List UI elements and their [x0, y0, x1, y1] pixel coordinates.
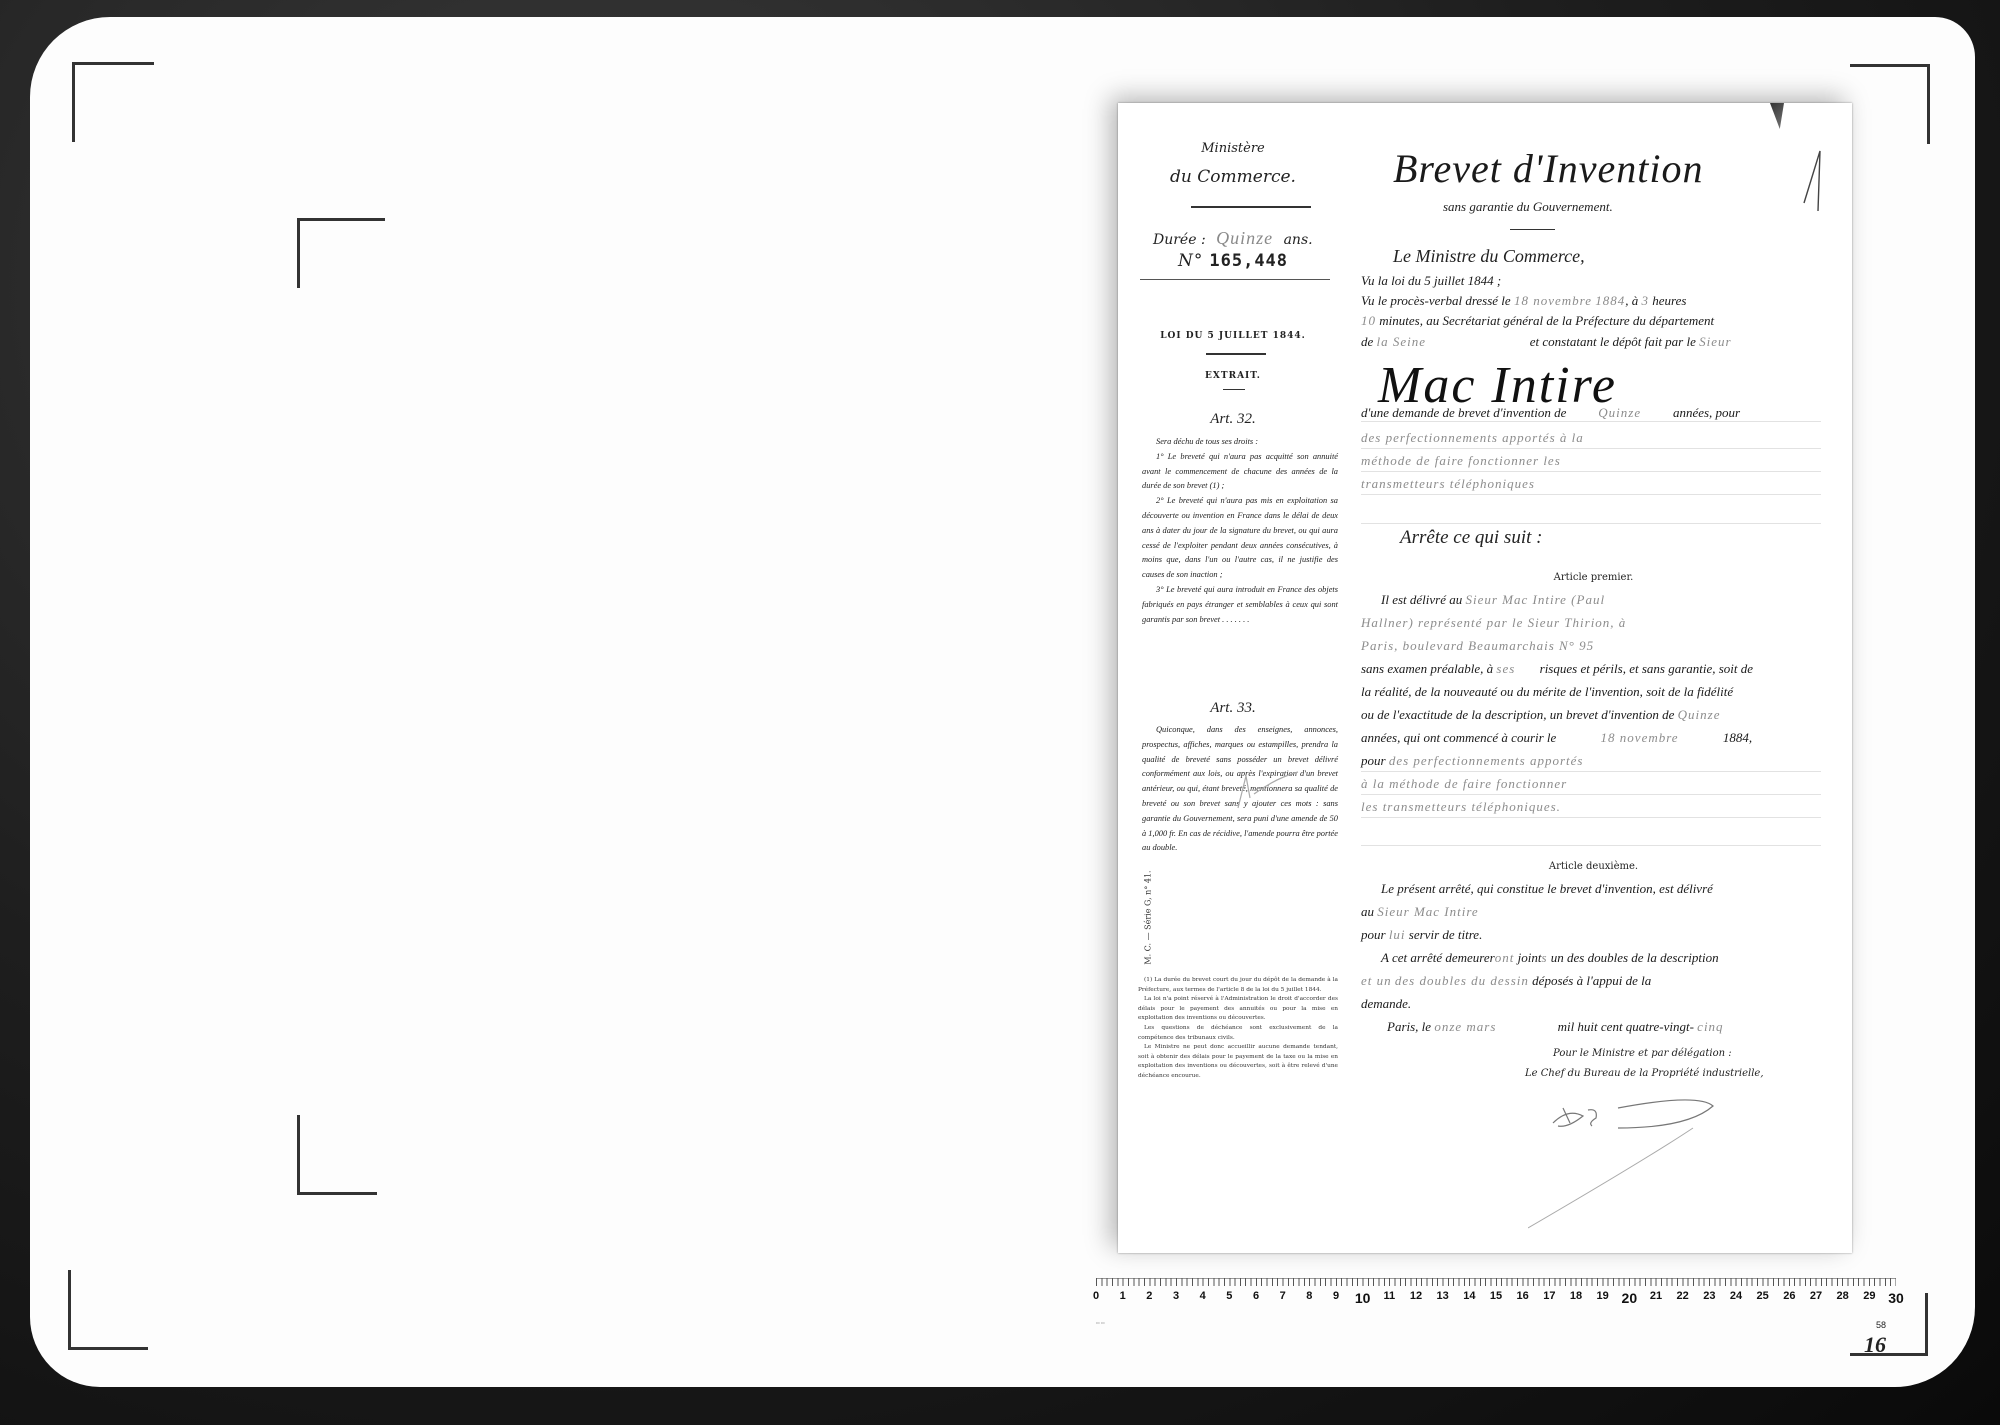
article-2-text: Le présent arrêté, qui constitue le brev… — [1381, 881, 1713, 896]
start-date-handwritten: 18 novembre — [1560, 730, 1720, 746]
annex-line: A cet arrêté demeureront joints un des d… — [1361, 950, 1826, 966]
crop-mark-inner-bottom-left — [297, 1115, 377, 1195]
annex2-line: et un des doubles du dessin déposés à l'… — [1361, 973, 1826, 989]
annex-text-a: A cet arrêté demeurer — [1381, 950, 1495, 965]
pv-hour-handwritten: 3 — [1641, 293, 1649, 308]
request-suffix: années, pour — [1673, 405, 1740, 420]
ruled-line — [1361, 845, 1821, 846]
start-year: 1884, — [1723, 730, 1752, 745]
annex2-prefix-handwritten: et un — [1361, 973, 1392, 988]
demand-line: demande. — [1361, 996, 1826, 1012]
applicant-title-handwritten: Sieur — [1699, 334, 1731, 349]
duration-label: Durée : — [1153, 232, 1206, 248]
title-prefix: pour — [1361, 927, 1386, 942]
recipient-handwritten: Sieur Mac Intire — [1377, 904, 1478, 919]
ruler-label: 20 — [1622, 1290, 1638, 1306]
ruler-label: 6 — [1253, 1290, 1259, 1302]
preamble-secretariat-line: 10 minutes, au Secrétariat général de la… — [1361, 313, 1826, 329]
annex-text-c: un des doubles de la description — [1551, 950, 1719, 965]
ruler-label: 14 — [1463, 1290, 1475, 1302]
article-1-heading: Article premier. — [1361, 572, 1826, 583]
ministry-name: du Commerce. — [1118, 167, 1348, 187]
closing-date-handwritten: onze mars — [1434, 1019, 1554, 1035]
risk-handwritten: ses — [1496, 661, 1536, 677]
ruler-label: 27 — [1810, 1290, 1822, 1302]
grant-intro: Il est délivré au — [1381, 592, 1462, 607]
closing-year-handwritten: cinq — [1697, 1019, 1723, 1034]
annex2-suffix: déposés à l'appui de la — [1532, 973, 1651, 988]
annex2-handwritten: des doubles du dessin — [1395, 973, 1529, 988]
title-line: pour lui servir de titre. — [1361, 927, 1826, 943]
preamble-department-line: de la Seine et constatant le dépôt fait … — [1361, 334, 1826, 350]
scanner-calibration-mark: ▭ ▭ — [1096, 1320, 1121, 1325]
secretariat-text: minutes, au Secrétariat général de la Pr… — [1379, 313, 1714, 328]
ruler-label: 16 — [1517, 1290, 1529, 1302]
ruler-label: 4 — [1200, 1290, 1206, 1302]
ruler-label: 3 — [1173, 1290, 1179, 1302]
law-title: LOI DU 5 JUILLET 1844. — [1118, 331, 1348, 341]
duration-handwritten: Quinze — [1216, 228, 1273, 248]
extract-label: EXTRAIT. — [1118, 371, 1348, 381]
footnote-paragraph: La loi n'a point réservé à l'Administrat… — [1138, 995, 1338, 1024]
article-paragraph: 1° Le breveté qui n'aura pas acquitté so… — [1142, 450, 1338, 494]
article-2-heading: Article deuxième. — [1361, 861, 1826, 872]
grant-invention-line: à la méthode de faire fonctionner — [1361, 776, 1826, 792]
folio-number: 16 — [1864, 1332, 1886, 1358]
for-label: pour — [1361, 753, 1386, 768]
grantee-line: Paris, boulevard Beaumarchais N° 95 — [1361, 638, 1826, 654]
ruler-label: 23 — [1703, 1290, 1715, 1302]
delegation-line: Pour le Ministre et par délégation : — [1553, 1048, 2000, 1059]
article-33-heading: Art. 33. — [1118, 700, 1348, 717]
risk-text-a: sans examen préalable, à — [1361, 661, 1493, 676]
closing-date-line: Paris, le onze mars mil huit cent quatre… — [1361, 1019, 1826, 1035]
ruler-label: 8 — [1306, 1290, 1312, 1302]
decree-heading: Arrête ce qui suit : — [1400, 527, 1542, 549]
risk-text-b: risques et périls, et sans garantie, soi… — [1540, 661, 1753, 676]
document-title: Brevet d'Invention — [1393, 145, 1704, 192]
patent-document-page: Ministère du Commerce. Durée : Quinze an… — [1118, 103, 1852, 1253]
grantee-handwritten: Sieur Mac Intire (Paul — [1465, 592, 1605, 607]
invention-line: transmetteurs téléphoniques — [1361, 476, 1826, 492]
duration-field: Durée : Quinze ans. — [1153, 228, 1313, 249]
start-date-line: années, qui ont commencé à courir le 18 … — [1361, 730, 1826, 746]
pv-hour-prefix: , à — [1625, 293, 1638, 308]
grant-duration-handwritten: Quinze — [1678, 707, 1721, 722]
article-2-line1: Le présent arrêté, qui constitue le brev… — [1361, 881, 1826, 897]
ruled-line — [1361, 471, 1821, 472]
grant-purpose-line: pour des perfectionnements apportés — [1361, 753, 1826, 769]
footnote-paragraph: (1) La durée du brevet court du jour du … — [1138, 976, 1338, 995]
ruler-label: 19 — [1597, 1290, 1609, 1302]
initials-scribble-icon — [1226, 768, 1306, 813]
recipient-prefix: au — [1361, 904, 1374, 919]
ruled-line — [1361, 494, 1821, 495]
title-suffix: servir de titre. — [1409, 927, 1483, 942]
crop-mark-bottom-left — [68, 1270, 148, 1350]
ruler-label: 15 — [1490, 1290, 1502, 1302]
ruler-label: 2 — [1146, 1290, 1152, 1302]
title-handwritten: lui — [1389, 927, 1406, 942]
duration-unit: ans. — [1284, 232, 1313, 248]
ornament-divider — [1223, 389, 1245, 390]
article-paragraph: 3° Le breveté qui aura introduit en Fran… — [1142, 583, 1338, 627]
ruled-line — [1361, 448, 1821, 449]
ruled-line — [1361, 817, 1821, 818]
recipient-line: au Sieur Mac Intire — [1361, 904, 1826, 920]
invention-line: méthode de faire fonctionner les — [1361, 453, 1826, 469]
closing-year-text: mil huit cent quatre-vingt- — [1558, 1019, 1694, 1034]
ruled-line — [1361, 523, 1821, 524]
ruler-label: 29 — [1863, 1290, 1875, 1302]
deposit-text: et constatant le dépôt fait par le — [1530, 334, 1696, 349]
invention-line: des perfectionnements apportés à la — [1361, 430, 1826, 446]
preamble-pv-line: Vu le procès-verbal dressé le 18 novembr… — [1361, 293, 1826, 309]
left-column: Ministère du Commerce. Durée : Quinze an… — [1118, 103, 1348, 1253]
annex-handwritten-suffix: s — [1541, 950, 1547, 965]
department-handwritten: la Seine — [1377, 334, 1527, 350]
article-32-text: Sera déchu de tous ses droits : 1° Le br… — [1142, 435, 1338, 627]
ruler-label: 18 — [1570, 1290, 1582, 1302]
ruler-label: 7 — [1280, 1290, 1286, 1302]
crop-mark-top-left — [72, 62, 154, 142]
exactitude-text: ou de l'exactitude de la description, un… — [1361, 707, 1674, 722]
ruler-label: 9 — [1333, 1290, 1339, 1302]
ruler-label: 11 — [1384, 1290, 1396, 1302]
dept-prefix: de — [1361, 334, 1373, 349]
article-32-heading: Art. 32. — [1118, 411, 1348, 428]
article-paragraph: Sera déchu de tous ses droits : — [1142, 435, 1338, 450]
ruler-label: 28 — [1837, 1290, 1849, 1302]
pv-year: 1884 — [1595, 293, 1625, 308]
risk-line: sans examen préalable, à ses risques et … — [1361, 661, 1826, 677]
preamble-law-line: Vu la loi du 5 juillet 1844 ; — [1361, 273, 1826, 289]
request-prefix: d'une demande de brevet d'invention de — [1361, 405, 1566, 420]
ruler-label: 0 — [1093, 1290, 1099, 1302]
ornament-divider — [1191, 206, 1311, 208]
measurement-ruler: 0123456789101112131415161718192021222324… — [1096, 1278, 1896, 1328]
divider-rule — [1140, 279, 1330, 280]
grant-invention-handwritten: des perfectionnements apportés — [1389, 753, 1584, 768]
ruled-line — [1361, 771, 1821, 772]
exactitude-line: ou de l'exactitude de la description, un… — [1361, 707, 1826, 723]
ornament-divider — [1510, 229, 1555, 230]
pv-prefix: Vu le procès-verbal dressé le — [1361, 293, 1511, 308]
request-line: d'une demande de brevet d'invention de Q… — [1361, 405, 1826, 421]
minister-heading: Le Ministre du Commerce, — [1393, 246, 1585, 267]
ornament-divider — [1206, 353, 1266, 355]
signature-icon — [1528, 1088, 1778, 1238]
pv-minutes-handwritten: 10 — [1361, 313, 1376, 328]
footnote-paragraph: Le Ministre ne peut donc accueillir aucu… — [1138, 1043, 1338, 1081]
request-duration-handwritten: Quinze — [1570, 405, 1670, 421]
ruler-label: 21 — [1650, 1290, 1662, 1302]
annex-handwritten: ont — [1495, 950, 1515, 965]
ruled-line — [1361, 794, 1821, 795]
signatory-title: Le Chef du Bureau de la Propriété indust… — [1525, 1068, 1995, 1079]
series-reference: M. C. — Série G, n° 41. — [1144, 868, 1153, 968]
ruler-label: 22 — [1677, 1290, 1689, 1302]
ruler-label: 17 — [1543, 1290, 1555, 1302]
reality-line: la réalité, de la nouveauté ou du mérite… — [1361, 684, 1826, 700]
patent-number-value: 165,448 — [1209, 251, 1288, 271]
ruler-label: 30 — [1888, 1290, 1904, 1306]
ruler-label: 26 — [1783, 1290, 1795, 1302]
patent-number-prefix: N° — [1178, 251, 1203, 271]
patent-number: N°165,448 — [1178, 251, 1288, 271]
document-subtitle: sans garantie du Gouvernement. — [1443, 199, 1613, 215]
sheet-number: 58 — [1876, 1320, 1886, 1330]
ruled-line — [1361, 421, 1821, 422]
annex-text-b: joint — [1518, 950, 1542, 965]
start-text: années, qui ont commencé à courir le — [1361, 730, 1556, 745]
article-1-intro: Il est délivré au Sieur Mac Intire (Paul — [1361, 592, 1826, 608]
ruler-label: 24 — [1730, 1290, 1742, 1302]
footnote-paragraph: Les questions de déchéance sont exclusiv… — [1138, 1024, 1338, 1043]
ruler-ticks — [1096, 1278, 1896, 1286]
grant-invention-line: les transmetteurs téléphoniques. — [1361, 799, 1826, 815]
crop-mark-inner-top-left — [297, 218, 385, 288]
ruler-label: 12 — [1410, 1290, 1422, 1302]
ruler-label: 1 — [1120, 1290, 1126, 1302]
page-mark-handwritten-icon — [1800, 143, 1840, 213]
closing-place: Paris, le — [1387, 1019, 1431, 1034]
article-paragraph: 2° Le breveté qui n'aura pas mis en expl… — [1142, 494, 1338, 583]
pv-date-handwritten: 18 novembre — [1514, 293, 1592, 308]
ruler-label: 13 — [1437, 1290, 1449, 1302]
ruler-label: 5 — [1226, 1290, 1232, 1302]
ruler-label: 25 — [1757, 1290, 1769, 1302]
ruler-label: 10 — [1355, 1290, 1371, 1306]
crop-mark-top-right — [1850, 64, 1930, 144]
ministry-label: Ministère — [1118, 141, 1348, 156]
pv-hour-label: heures — [1652, 293, 1686, 308]
grantee-line: Hallner) représenté par le Sieur Thirion… — [1361, 615, 1826, 631]
footnotes: (1) La durée du brevet court du jour du … — [1138, 976, 1338, 1082]
